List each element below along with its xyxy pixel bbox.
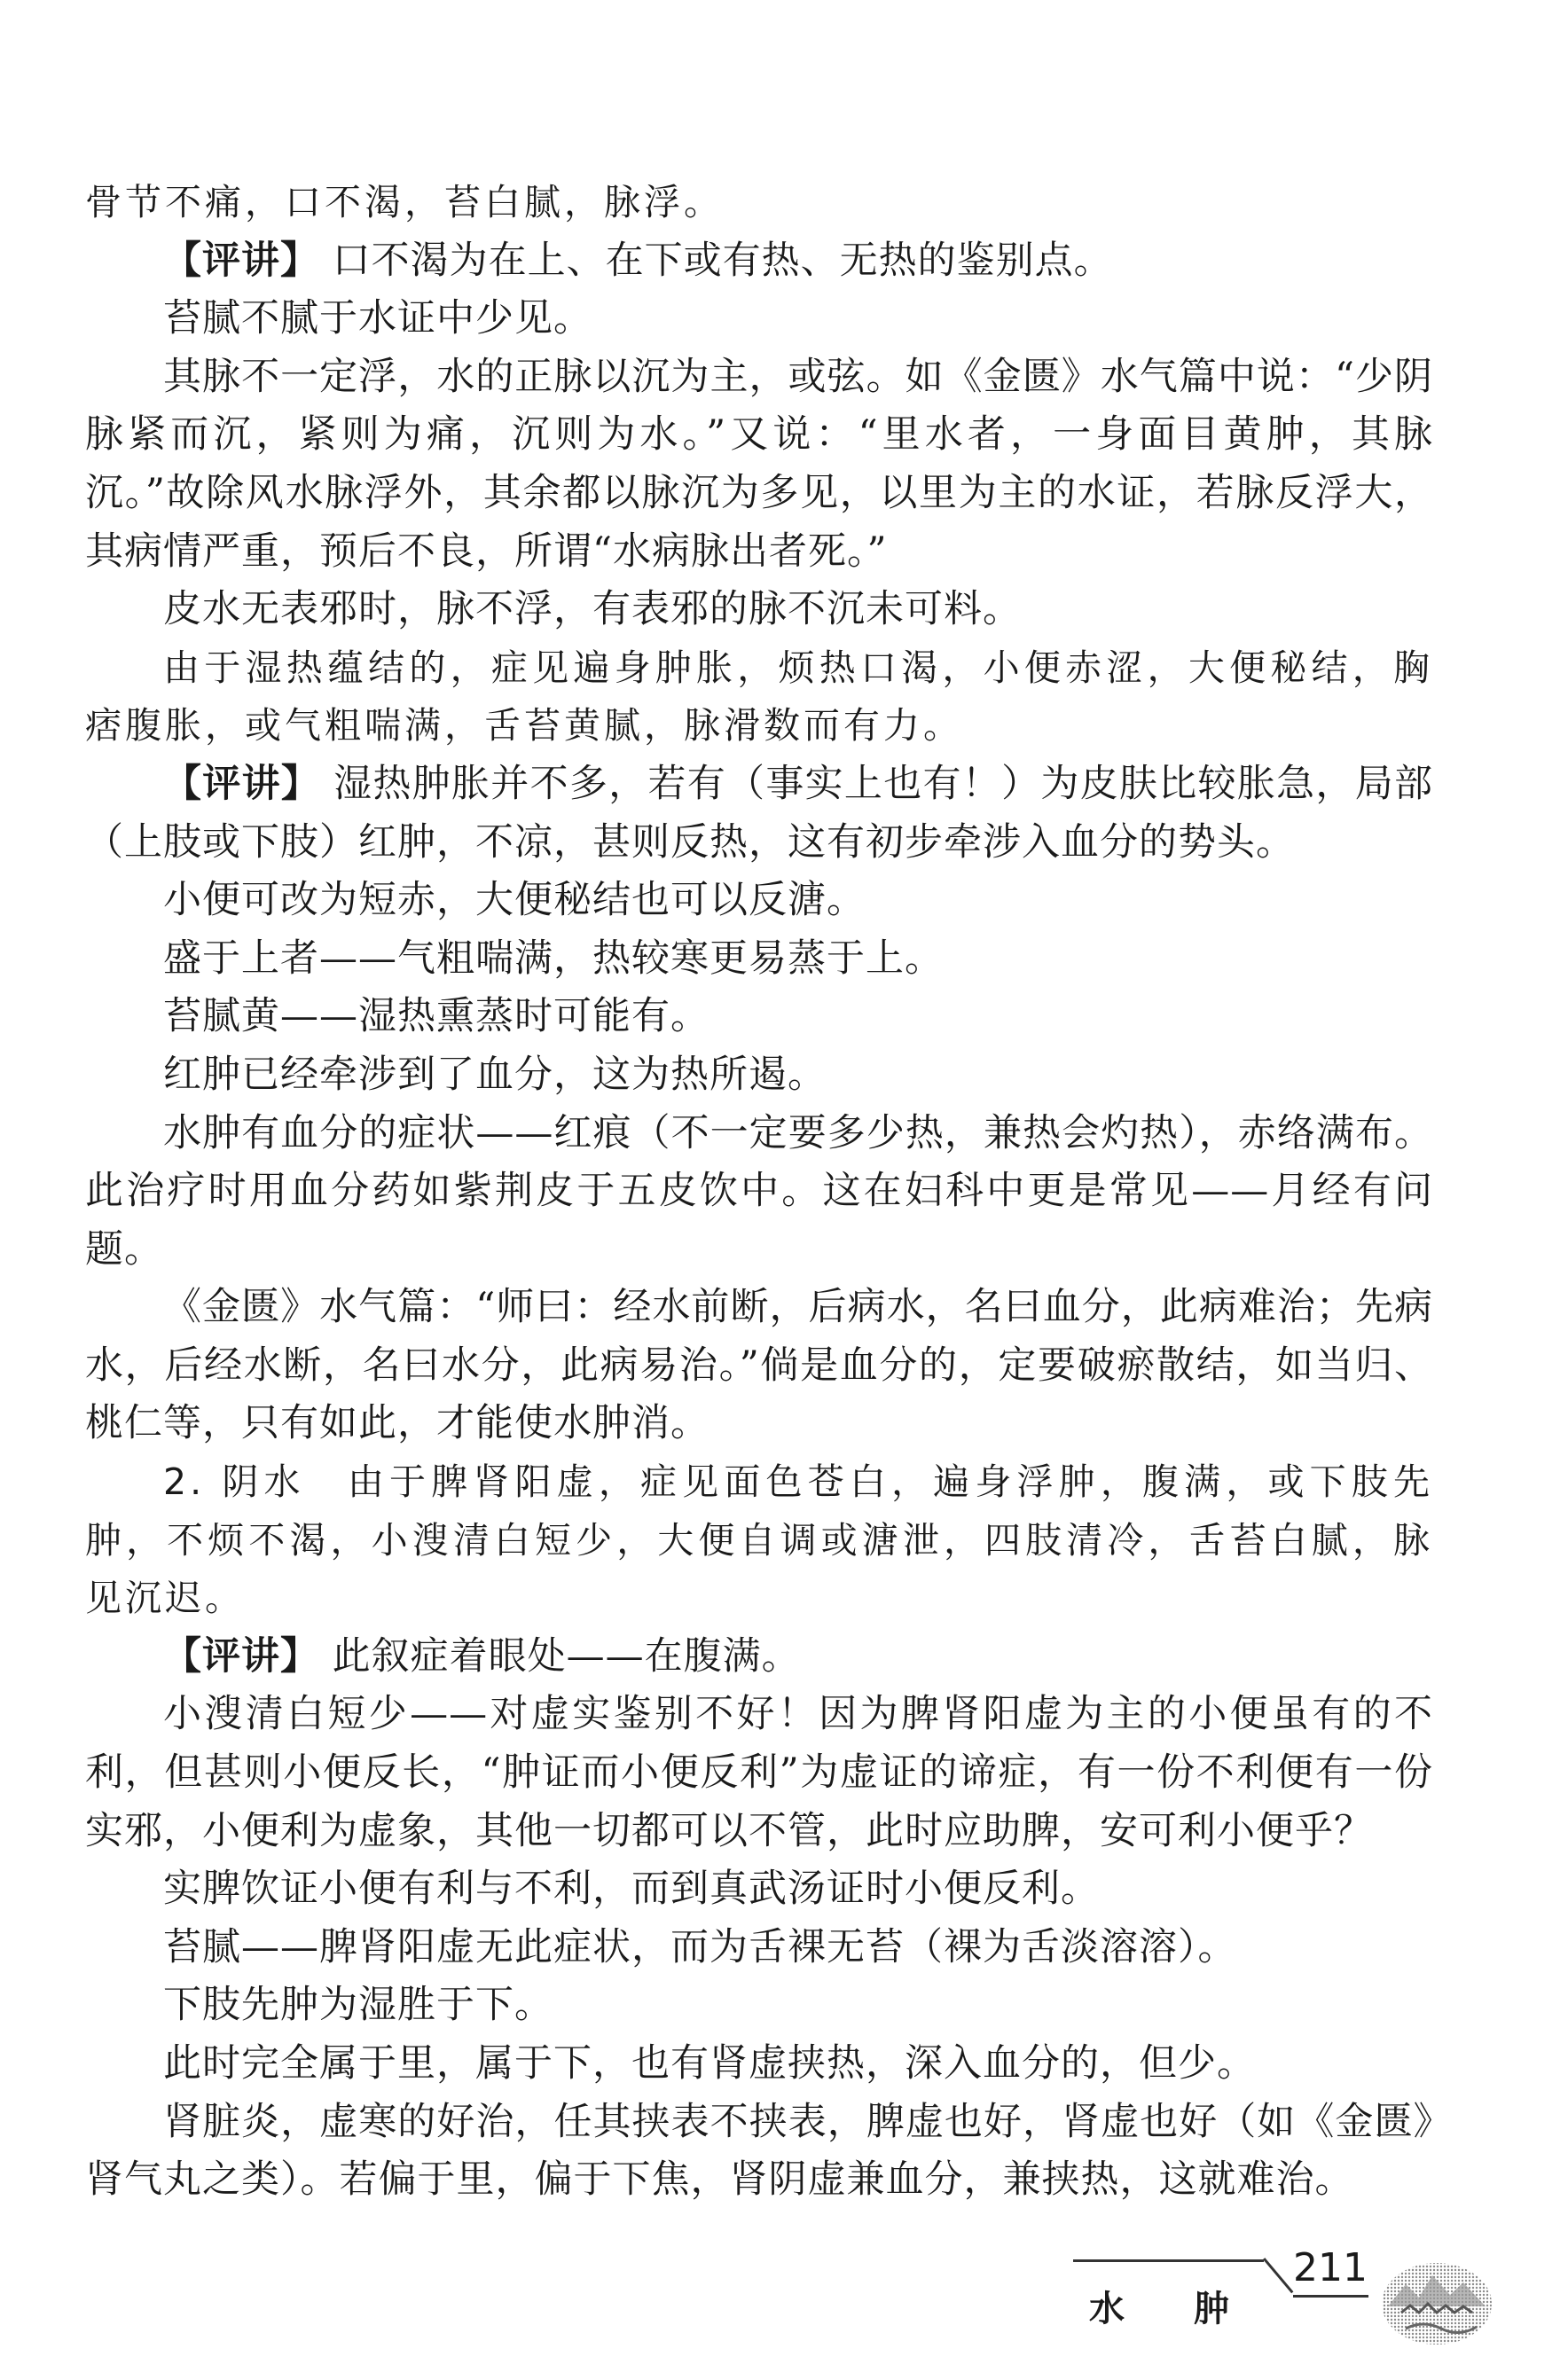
paragraph-classic-text: 由于湿热蕴结的，症见遍身肿胀，烦热口渴，小便赤涩，大便秘结，胸痞腹胀，或气粗喘满… bbox=[85, 639, 1433, 755]
page-number: 211 bbox=[1293, 2245, 1368, 2290]
paragraph-body: 下肢先肿为湿胜于下。 bbox=[85, 1977, 1433, 2035]
paragraph-body: 小溲清白短少——对虚实鉴别不好！因为脾肾阳虚为主的小便虽有的不利，但甚则小便反长… bbox=[85, 1686, 1433, 1860]
commentary-label: 【评讲】 bbox=[163, 762, 320, 806]
page-footer: 水肿 211 bbox=[1073, 2235, 1499, 2368]
paragraph-body: 实脾饮证小便有利与不利，而到真武汤证时小便反利。 bbox=[85, 1860, 1433, 1919]
paragraph-classic-text: 2. 阴水 由于脾肾阳虚，症见面色苍白，遍身浮肿，腹满，或下肢先肿，不烦不渴，小… bbox=[85, 1453, 1433, 1628]
page-body: 骨节不痛，口不渴，苔白腻，脉浮。 【评讲】 口不渴为在上、在下或有热、无热的鉴别… bbox=[85, 174, 1433, 2210]
paragraph-commentary: 【评讲】 湿热肿胀并不多，若有（事实上也有！）为皮肤比较胀急，局部（上肢或下肢）… bbox=[85, 755, 1433, 872]
paragraph-classic-text: 骨节不痛，口不渴，苔白腻，脉浮。 bbox=[85, 174, 1433, 232]
paragraph-body: 苔腻黄——湿热熏蒸时可能有。 bbox=[85, 988, 1433, 1046]
paragraph-body: 小便可改为短赤，大便秘结也可以反溏。 bbox=[85, 872, 1433, 930]
paragraph-body: 苔腻不腻于水证中少见。 bbox=[85, 290, 1433, 348]
paragraph-text: 口不渴为在上、在下或有热、无热的鉴别点。 bbox=[319, 239, 1113, 283]
paragraph-body: 水肿有血分的症状——红痕（不一定要多少热，兼热会灼热），赤络满布。此治疗时用血分… bbox=[85, 1105, 1433, 1280]
running-section-title: 水肿 bbox=[1089, 2281, 1298, 2331]
paragraph-body: 红肿已经牵涉到了血分，这为热所遏。 bbox=[85, 1046, 1433, 1105]
paragraph-commentary: 【评讲】 口不渴为在上、在下或有热、无热的鉴别点。 bbox=[85, 232, 1433, 291]
paragraph-body: 其脉不一定浮，水的正脉以沉为主，或弦。如《金匮》水气篇中说：“少阴脉紧而沉，紧则… bbox=[85, 348, 1433, 581]
paragraph-body: 皮水无表邪时，脉不浮，有表邪的脉不沉未可料。 bbox=[85, 581, 1433, 639]
paragraph-body: 《金匮》水气篇：“师曰：经水前断，后病水，名曰血分，此病难治；先病水，后经水断，… bbox=[85, 1279, 1433, 1453]
footer-rule-lower bbox=[1293, 2295, 1368, 2298]
paragraph-body: 肾脏炎，虚寒的好治，任其挟表不挟表，脾虚也好，肾虚也好（如《金匮》肾气丸之类）。… bbox=[85, 2094, 1433, 2210]
paragraph-text: 此叙症着眼处——在腹满。 bbox=[319, 1634, 801, 1679]
commentary-label: 【评讲】 bbox=[163, 1634, 319, 1679]
paragraph-body: 盛于上者——气粗喘满，热较寒更易蒸于上。 bbox=[85, 930, 1433, 989]
commentary-label: 【评讲】 bbox=[163, 239, 319, 283]
paragraph-body: 此时完全属于里，属于下，也有肾虚挟热，深入血分的，但少。 bbox=[85, 2035, 1433, 2094]
paragraph-commentary: 【评讲】 此叙症着眼处——在腹满。 bbox=[85, 1628, 1433, 1687]
footer-rule bbox=[1073, 2259, 1264, 2262]
landscape-ornament-icon bbox=[1379, 2258, 1494, 2350]
paragraph-body: 苔腻——脾肾阳虚无此症状，而为舌裸无苔（裸为舌淡溶溶）。 bbox=[85, 1919, 1433, 1977]
